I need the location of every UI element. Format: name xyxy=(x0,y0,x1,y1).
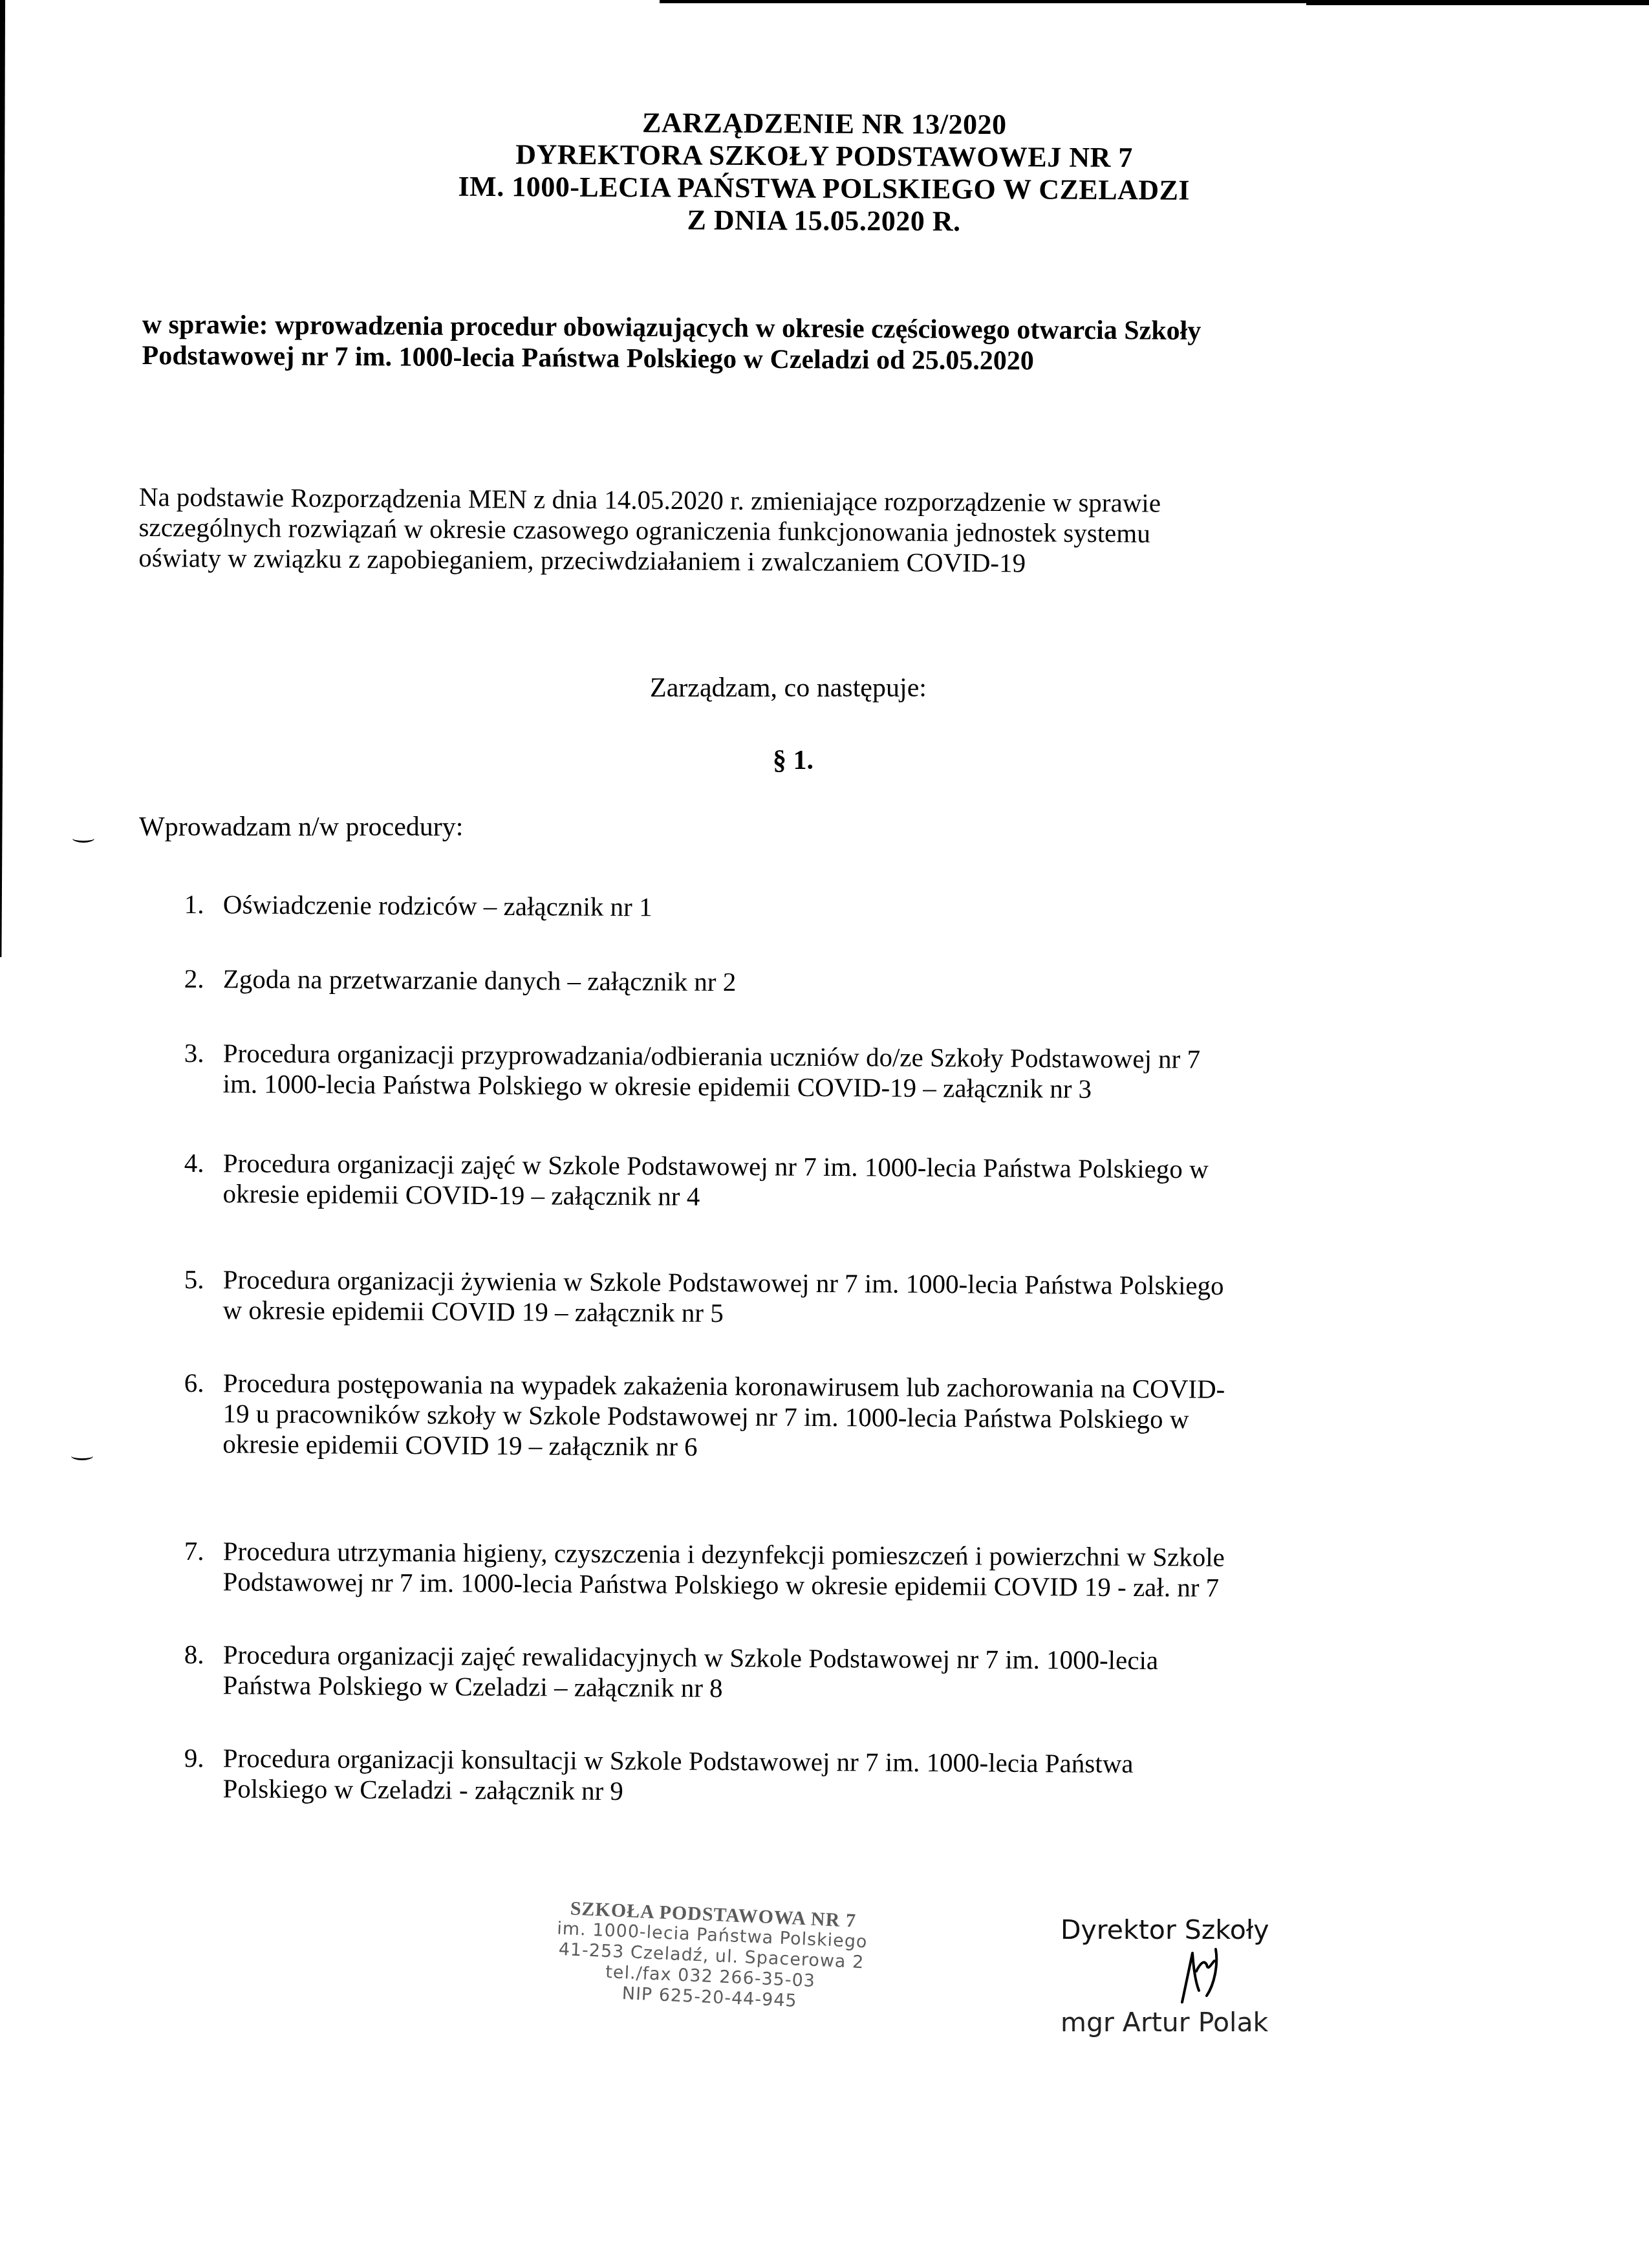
item-text: Oświadczenie rodziców – załącznik nr 1 xyxy=(223,889,1478,927)
list-item: 6. Procedura postępowania na wypadek zak… xyxy=(184,1368,1478,1467)
school-stamp: SZKOŁA PODSTAWOWA NR 7 im. 1000-lecia Pa… xyxy=(535,1897,888,2015)
item-number: 6. xyxy=(184,1368,204,1398)
item-number: 3. xyxy=(184,1038,204,1068)
list-item: 4. Procedura organizacji zajęć w Szkole … xyxy=(184,1148,1478,1216)
item-number: 9. xyxy=(184,1743,204,1773)
legal-basis: Na podstawie Rozporządzenia MEN z dnia 1… xyxy=(138,482,1445,581)
list-item: 2. Zgoda na przetwarzanie danych – załąc… xyxy=(184,964,1478,1002)
list-item: 8. Procedura organizacji zajęć rewalidac… xyxy=(184,1639,1478,1708)
signatory-name: mgr Artur Polak xyxy=(1061,2007,1319,2038)
list-item: 7. Procedura utrzymania higieny, czyszcz… xyxy=(184,1536,1478,1604)
signatory-role: Dyrektor Szkoły xyxy=(1061,1914,1319,1945)
decree-formula: Zarządzam, co następuje: xyxy=(650,673,927,704)
scan-edge-top-right xyxy=(1306,0,1649,5)
punch-mark xyxy=(71,1452,93,1460)
punch-mark xyxy=(72,834,94,843)
item-text: Zgoda na przetwarzanie danych – załączni… xyxy=(223,964,1478,1002)
signature-block: Dyrektor Szkoły mgr Artur Polak xyxy=(1061,1914,1319,2038)
document-header: ZARZĄDZENIE NR 13/2020 DYREKTORA SZKOŁY … xyxy=(0,103,1649,241)
list-item: 9. Procedura organizacji konsultacji w S… xyxy=(184,1743,1478,1811)
item-number: 5. xyxy=(184,1264,204,1295)
list-item: 1. Oświadczenie rodziców – załącznik nr … xyxy=(184,889,1478,927)
item-number: 7. xyxy=(184,1536,204,1566)
item-number: 2. xyxy=(184,964,204,994)
item-number: 8. xyxy=(184,1639,204,1670)
handwritten-signature-icon xyxy=(1177,1945,1319,2007)
document-subject: w sprawie: wprowadzenia procedur obowiąz… xyxy=(142,309,1468,380)
item-number: 1. xyxy=(184,889,204,920)
procedures-intro: Wprowadzam n/w procedury: xyxy=(139,812,463,843)
paragraph-mark: § 1. xyxy=(773,745,814,776)
list-item: 5. Procedura organizacji żywienia w Szko… xyxy=(184,1264,1478,1333)
list-item: 3. Procedura organizacji przyprowadzania… xyxy=(184,1038,1478,1107)
item-number: 4. xyxy=(184,1148,204,1178)
